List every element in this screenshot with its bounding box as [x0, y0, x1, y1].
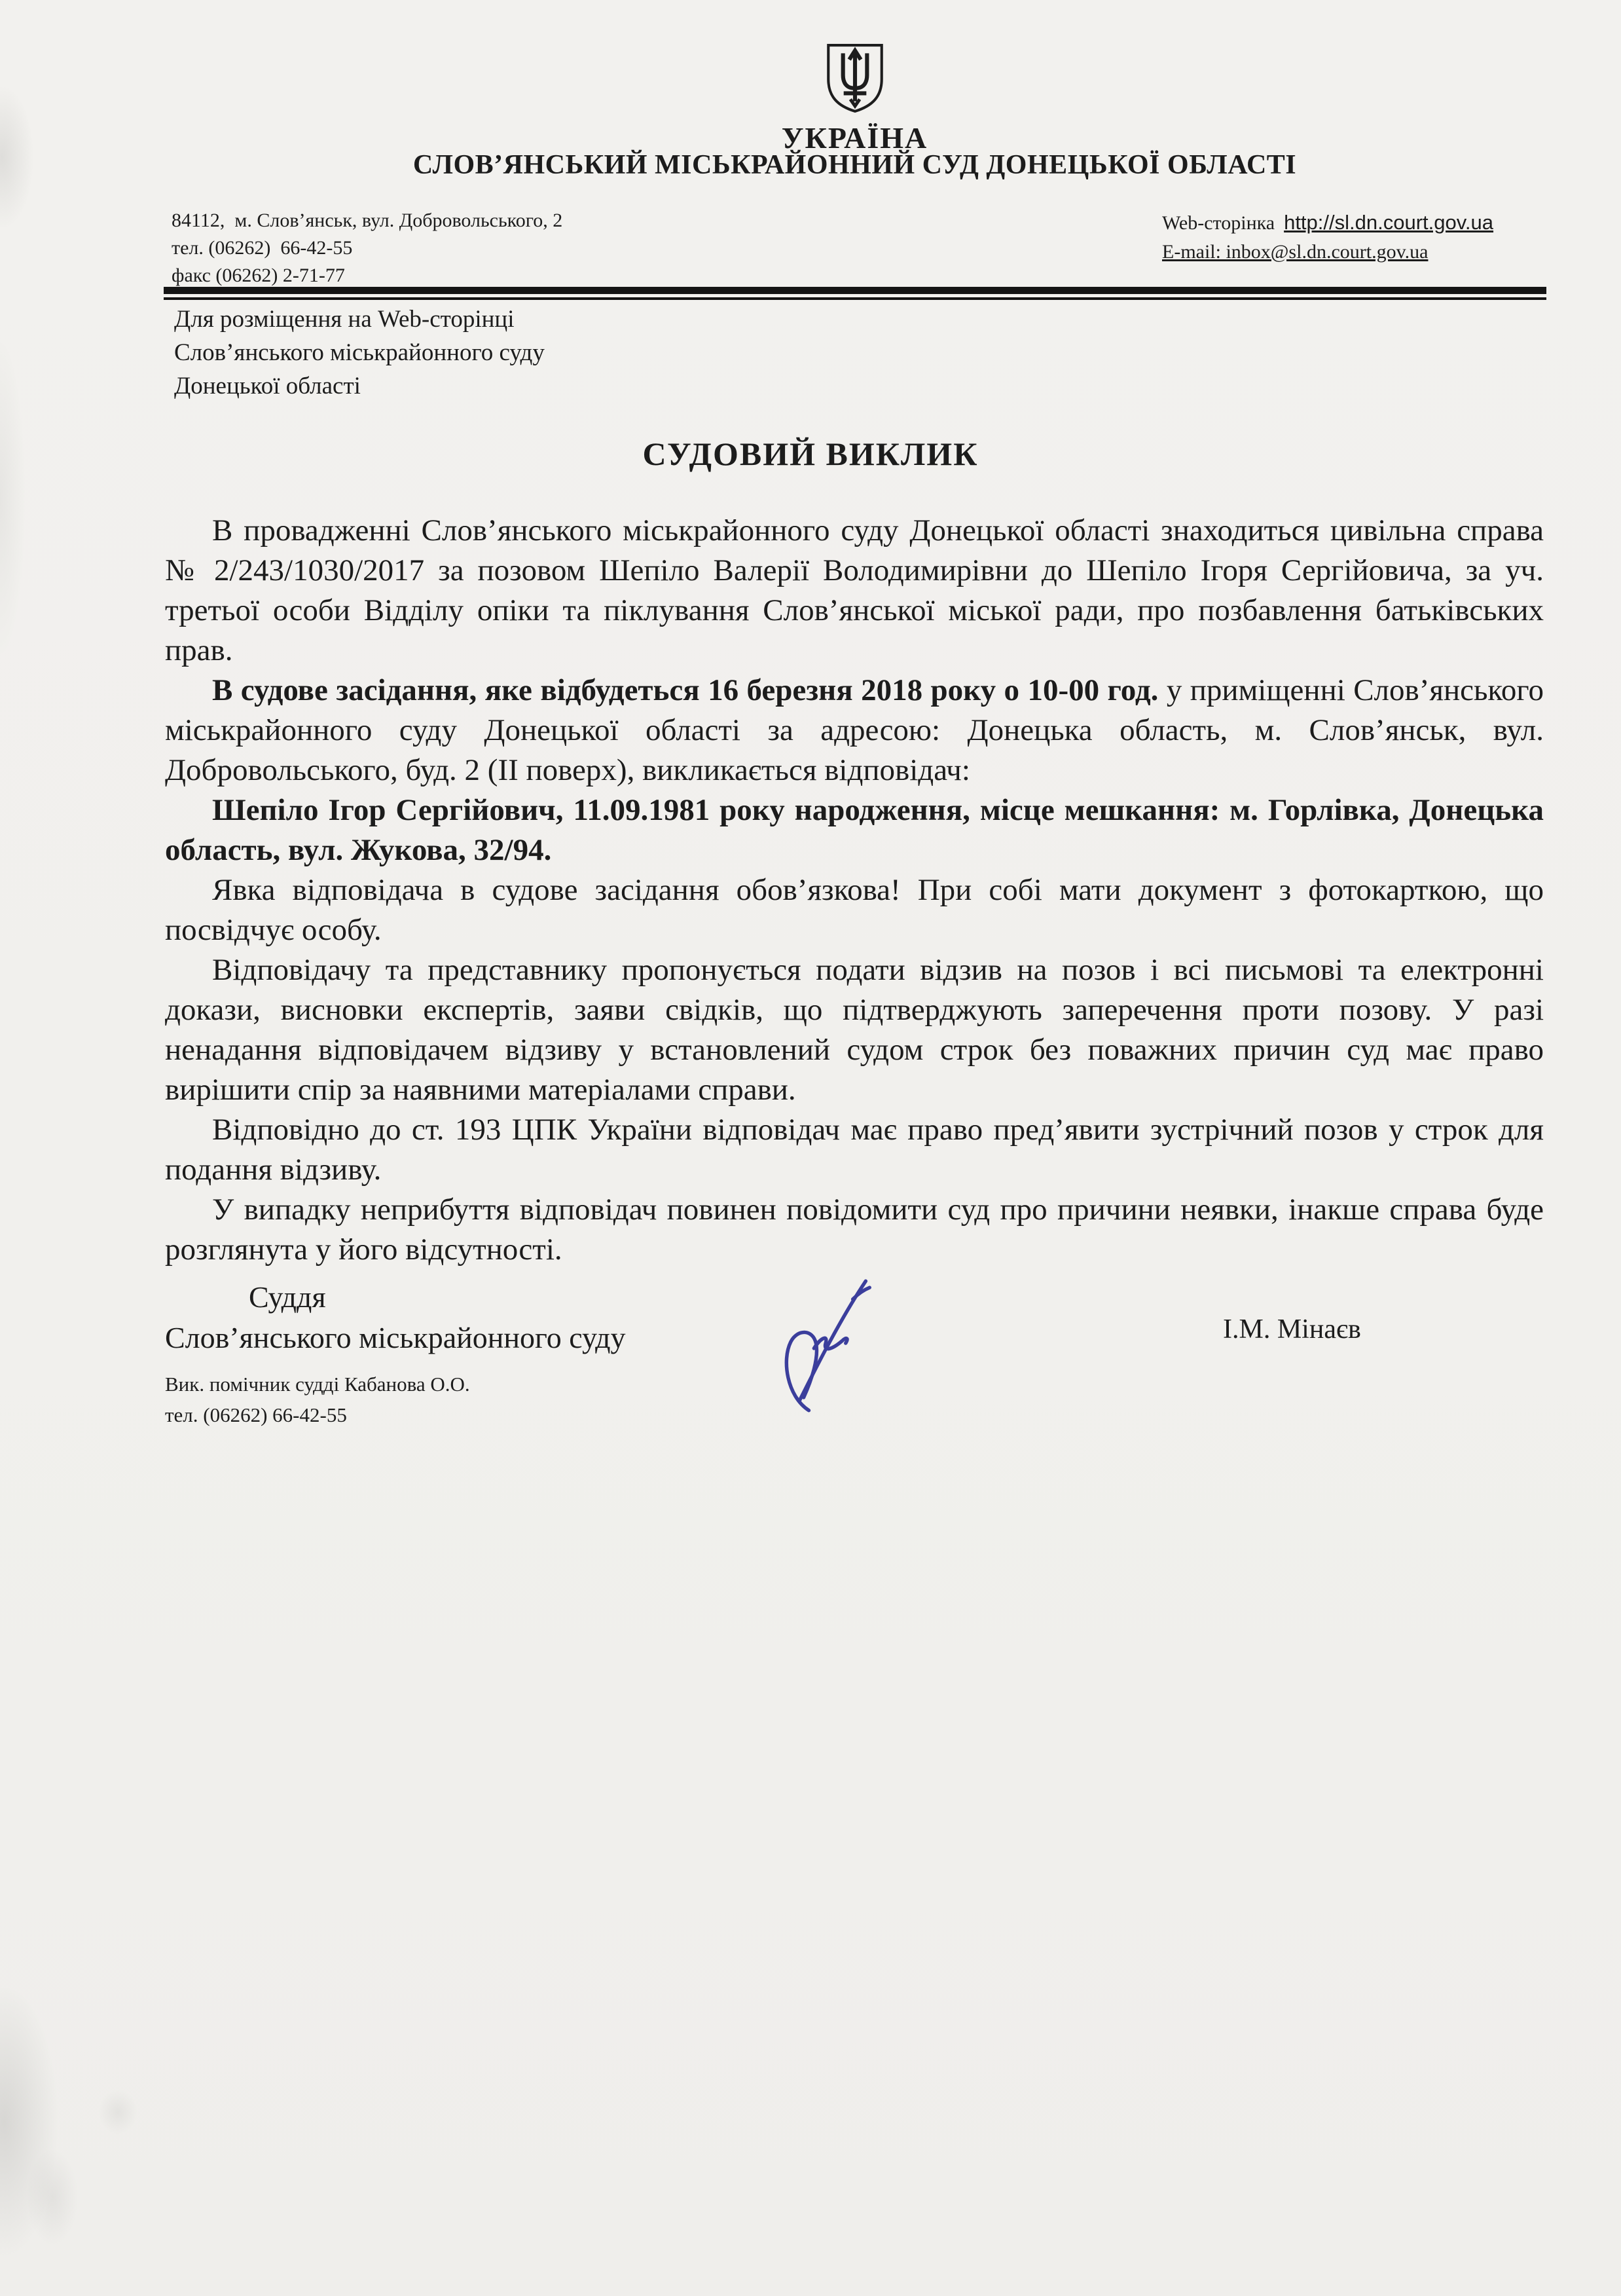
- scan-smudge: [0, 341, 25, 655]
- clerk-contact-line: тел. (06262) 66-42-55: [165, 1399, 470, 1430]
- court-address-block: 84112, м. Слов’янськ, вул. Добровольсько…: [172, 207, 562, 289]
- web-posting-note: Для розміщення на Web-сторінціСлов’янськ…: [174, 303, 545, 403]
- web-url-link: http://sl.dn.court.gov.ua: [1284, 211, 1493, 234]
- court-name-heading: СЛОВ’ЯНСЬКИЙ МІСЬКРАЙОННИЙ СУД ДОНЕЦЬКОЇ…: [88, 149, 1621, 181]
- scanned-court-summons-page: УКРАЇНА СЛОВ’ЯНСЬКИЙ МІСЬКРАЙОННИЙ СУД Д…: [0, 0, 1621, 2296]
- court-web-contacts-block: Web-сторінкаhttp://sl.dn.court.gov.ua E-…: [1162, 208, 1493, 267]
- body-paragraph: Відповідачу та представнику пропонується…: [165, 950, 1544, 1110]
- body-paragraph: Явка відповідача в судове засідання обов…: [165, 870, 1544, 950]
- body-paragraph: В судове засідання, яке відбудеться 16 б…: [165, 671, 1544, 790]
- judge-role-block: Суддя Слов’янського міськрайонного суду: [165, 1277, 626, 1358]
- note-line: Донецької області: [174, 369, 545, 403]
- body-paragraph: У випадку неприбуття відповідач повинен …: [165, 1190, 1544, 1270]
- email-link: E-mail: inbox@sl.dn.court.gov.ua: [1162, 238, 1493, 267]
- handwritten-signature-icon: [780, 1268, 884, 1420]
- address-line: тел. (06262) 66-42-55: [172, 234, 562, 262]
- body-paragraph: Відповідно до ст. 193 ЦПК України відпов…: [165, 1110, 1544, 1190]
- note-line: Для розміщення на Web-сторінці: [174, 303, 545, 336]
- document-title: СУДОВИЙ ВИКЛИК: [0, 435, 1621, 473]
- header-divider: [164, 287, 1546, 300]
- judge-court-line: Слов’янського міськрайонного суду: [165, 1318, 626, 1358]
- body-paragraph: Шепіло Ігор Сергійович, 11.09.1981 року …: [165, 790, 1544, 870]
- address-line: 84112, м. Слов’янськ, вул. Добровольсько…: [172, 207, 562, 234]
- web-label: Web-сторінка: [1162, 212, 1275, 234]
- address-line: факс (06262) 2-71-77: [172, 262, 562, 289]
- note-line: Слов’янського міськрайонного суду: [174, 336, 545, 369]
- judge-role-line: Суддя: [165, 1277, 626, 1318]
- judge-name: І.М. Мінаєв: [1223, 1314, 1361, 1345]
- web-line: Web-сторінкаhttp://sl.dn.court.gov.ua: [1162, 208, 1493, 238]
- clerk-contact-block: Вик. помічник судді Кабанова О.О.тел. (0…: [165, 1369, 470, 1430]
- scan-smudge: [26, 2148, 79, 2246]
- body-paragraph: В провадженні Слов’янського міськрайонно…: [165, 511, 1544, 671]
- ukraine-trident-emblem-icon: [824, 42, 886, 114]
- scan-smudge: [0, 1984, 59, 2259]
- scan-smudge: [0, 85, 34, 229]
- body-paragraphs: В провадженні Слов’янського міськрайонно…: [165, 511, 1544, 1270]
- clerk-contact-line: Вик. помічник судді Кабанова О.О.: [165, 1369, 470, 1399]
- scan-smudge: [98, 2089, 137, 2135]
